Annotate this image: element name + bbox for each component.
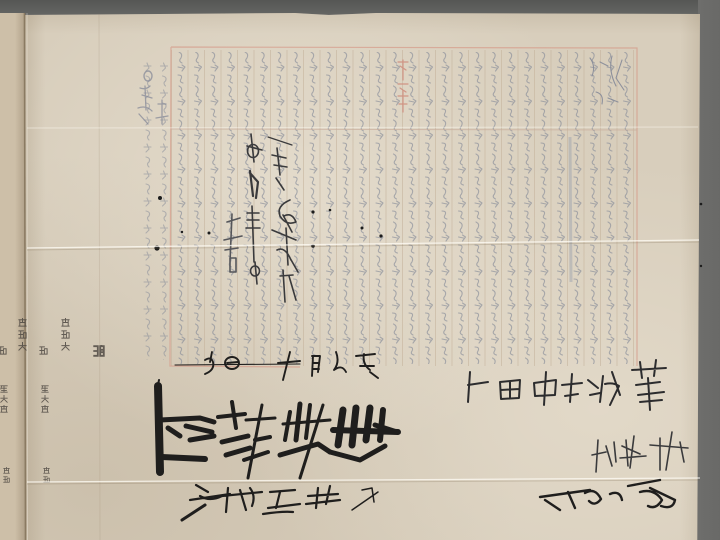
right-ink-line-upper: [468, 360, 666, 410]
page-spine: [25, 13, 101, 540]
right-ink-line-bottom: [540, 480, 675, 510]
label-village: [42, 386, 48, 412]
label-village: [1, 386, 7, 412]
label-supervisor: [62, 318, 69, 350]
lower-ink-line: [182, 485, 378, 520]
label-lot-number: [44, 467, 50, 482]
right-ink-line-middle: [592, 432, 688, 472]
printed-labels-left-page: [0, 318, 26, 482]
main-brush-inscription: [156, 380, 398, 478]
label-district: [40, 347, 47, 354]
printed-labels-right-page: [40, 318, 69, 482]
ruled-box: [140, 47, 637, 367]
printed-heading: [94, 345, 104, 356]
label-lot-number: [4, 467, 10, 482]
pencil-body-text: [173, 52, 635, 364]
manuscript-overlay: [0, 0, 720, 540]
label-district: [0, 347, 6, 354]
